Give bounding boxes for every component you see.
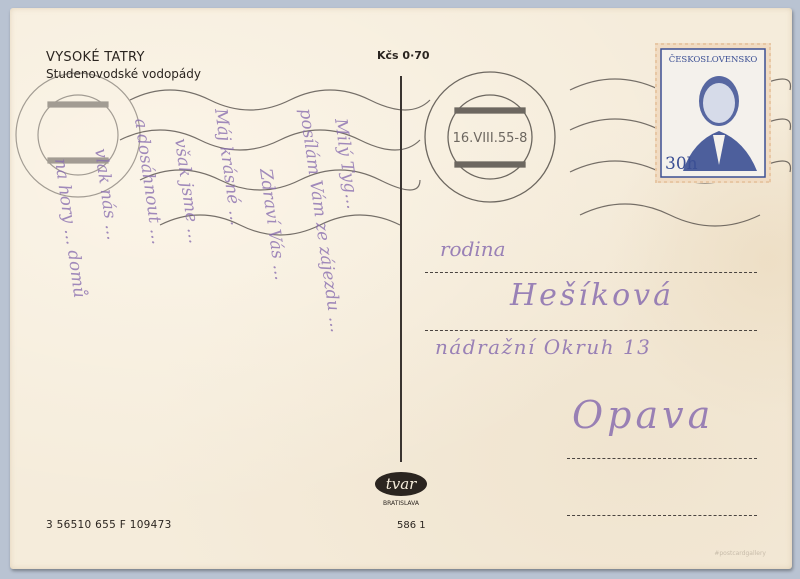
svg-text:ČESKOSLOVENSKO: ČESKOSLOVENSKO: [669, 53, 758, 65]
message-line: Milý Tyg...: [330, 117, 363, 210]
postcard-title: VYSOKÉ TATRY: [46, 50, 145, 65]
watermark: #postcardgallery: [714, 550, 766, 557]
address-line-3: [567, 458, 757, 459]
address-recipient-prefix: rodina: [440, 237, 506, 261]
address-line-2: [425, 330, 757, 331]
address-line-4: [567, 515, 757, 516]
postage-stamp: ČESKOSLOVENSKO 30h: [655, 43, 771, 183]
message-line: Máj krásné ...: [210, 107, 246, 227]
address-city: Opava: [572, 393, 714, 437]
price-label: Kčs 0·70: [377, 49, 430, 62]
series-number: 586 1: [397, 520, 426, 531]
handwritten-message: Milý Tyg... posílám Vám ze zájezdu ... Z…: [30, 100, 370, 540]
svg-text:tvar: tvar: [386, 475, 417, 493]
center-divider: [400, 76, 402, 462]
postcard-subtitle: Studenovodské vodopády: [46, 67, 201, 81]
address-line-1: [425, 272, 757, 273]
message-line: a dosáhnout ...: [130, 117, 167, 246]
publisher-logo: tvar BRATISLAVA: [370, 470, 432, 510]
message-line: na hory ... domů: [50, 157, 89, 299]
svg-text:BRATISLAVA: BRATISLAVA: [383, 500, 420, 507]
address-recipient-name: Hešíková: [510, 278, 674, 313]
message-line: však jsme ...: [170, 137, 205, 245]
message-line: Zdraví Vás ...: [255, 167, 290, 281]
svg-text:16.VIII.55-8: 16.VIII.55-8: [453, 131, 528, 146]
message-line: vlak nás ...: [90, 147, 123, 241]
svg-text:30h: 30h: [665, 154, 698, 174]
address-street: nádražní Okruh 13: [435, 335, 651, 359]
